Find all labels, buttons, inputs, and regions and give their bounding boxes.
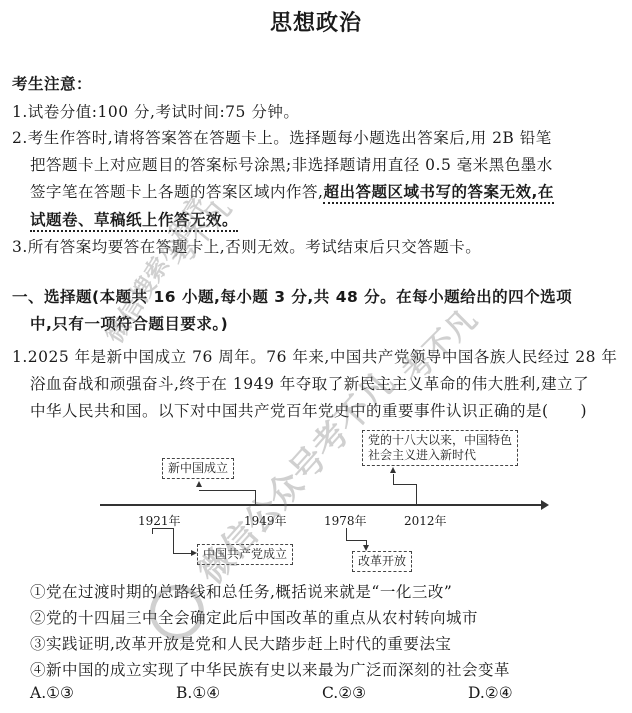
- timeline-axis: [100, 504, 545, 506]
- event-box-1921: 中国共产党成立: [197, 544, 293, 565]
- section-heading-line-1: 一、选择题(本题共 16 小题,每小题 3 分,共 48 分。在每小题给出的四个…: [12, 285, 572, 307]
- event-2012-line-2: 社会主义进入新时代: [368, 448, 512, 463]
- option-b[interactable]: B.①④: [176, 684, 220, 702]
- connector-1978: [346, 528, 347, 540]
- axis-arrow-icon: [541, 500, 549, 510]
- connector-1949: [255, 490, 256, 504]
- arrow-up-icon: [196, 481, 202, 487]
- notice-item-1: 1.试卷分值:100 分,考试时间:75 分钟。: [12, 100, 299, 122]
- notice-item-2-emphasis: 超出答题区域书写的答案无效,在: [323, 183, 553, 204]
- statement-1: ①党在过渡时期的总路线和总任务,概括说来就是“一化三改”: [30, 580, 452, 602]
- question-1-stem-line-1: 1.2025 年是新中国成立 76 周年。76 年来,中国共产党领导中国各族人民…: [12, 345, 617, 367]
- connector-2012-h: [393, 484, 417, 485]
- question-1-stem-line-3: 中华人民共和国。以下对中国共产党百年党史中的重要事件认识正确的是( ): [30, 399, 587, 421]
- year-1978: 1978年: [324, 512, 367, 529]
- connector-1921-v: [173, 528, 174, 554]
- connector-2012-v: [393, 474, 394, 485]
- watermark-2: 考不凡: [160, 190, 238, 274]
- year-1921: 1921年: [138, 512, 181, 529]
- question-1-stem-line-2: 浴血奋战和顽强奋斗,终于在 1949 年夺取了新民主主义革命的伟大胜利,建立了: [30, 372, 589, 394]
- option-d[interactable]: D.②④: [468, 684, 513, 702]
- section-heading-line-2: 中,只有一项符合题目要求。): [30, 312, 228, 334]
- connector-1921-h2: [173, 553, 193, 554]
- statement-2: ②党的十四届三中全会确定此后中国改革的重点从农村转向城市: [30, 606, 478, 628]
- notice-heading: 考生注意：: [12, 72, 92, 94]
- notice-item-2-line-3: 签字笔在答题卡上各题的答案区域内作答,超出答题区域书写的答案无效,在: [30, 180, 554, 202]
- connector-2012: [416, 484, 417, 504]
- statement-4: ④新中国的成立实现了中华民族有史以来最为广泛而深刻的社会变革: [30, 658, 510, 680]
- connector-1978-h: [346, 540, 367, 541]
- page-title: 思想政治: [0, 6, 632, 37]
- option-c[interactable]: C.②③: [322, 684, 366, 702]
- event-box-2012: 党的十八大以来，中国特色 社会主义进入新时代: [362, 430, 518, 466]
- option-a[interactable]: A.①③: [30, 684, 74, 702]
- timeline-diagram: 1921年 1949年 1978年 2012年 新中国成立 党的十八大以来，中国…: [100, 420, 560, 580]
- event-2012-line-1: 党的十八大以来，中国特色: [368, 433, 512, 448]
- connector-1949-h: [199, 490, 256, 491]
- connector-1921-h1: [152, 528, 174, 529]
- exam-page: 思想政治 考生注意： 1.试卷分值:100 分,考试时间:75 分钟。 2.考生…: [0, 0, 632, 713]
- notice-item-2-line-2: 把答题卡上对应题目的答案标号涂黑;非选择题请用直径 0.5 毫米黑色墨水: [30, 153, 553, 175]
- arrow-up-icon: [390, 467, 396, 473]
- notice-item-2-line-1: 2.考生作答时,请将答案答在答题卡上。选择题每小题选出答案后,用 2B 铅笔: [12, 126, 552, 148]
- event-box-1949: 新中国成立: [162, 458, 234, 479]
- event-box-1978: 改革开放: [352, 551, 412, 572]
- notice-item-3: 3.所有答案均要答在答题卡上,否则无效。考试结束后只交答题卡。: [12, 235, 481, 257]
- statement-3: ③实践证明,改革开放是党和人民大踏步赶上时代的重要法宝: [30, 632, 451, 654]
- year-2012: 2012年: [404, 512, 447, 529]
- notice-item-2-emphasis-end: 试题卷、草稿纸上作答无效。: [30, 211, 238, 232]
- year-1949: 1949年: [244, 512, 287, 529]
- notice-item-2-plain: 签字笔在答题卡上各题的答案区域内作答,: [30, 183, 323, 201]
- notice-item-2-line-4: 试题卷、草稿纸上作答无效。: [30, 208, 238, 230]
